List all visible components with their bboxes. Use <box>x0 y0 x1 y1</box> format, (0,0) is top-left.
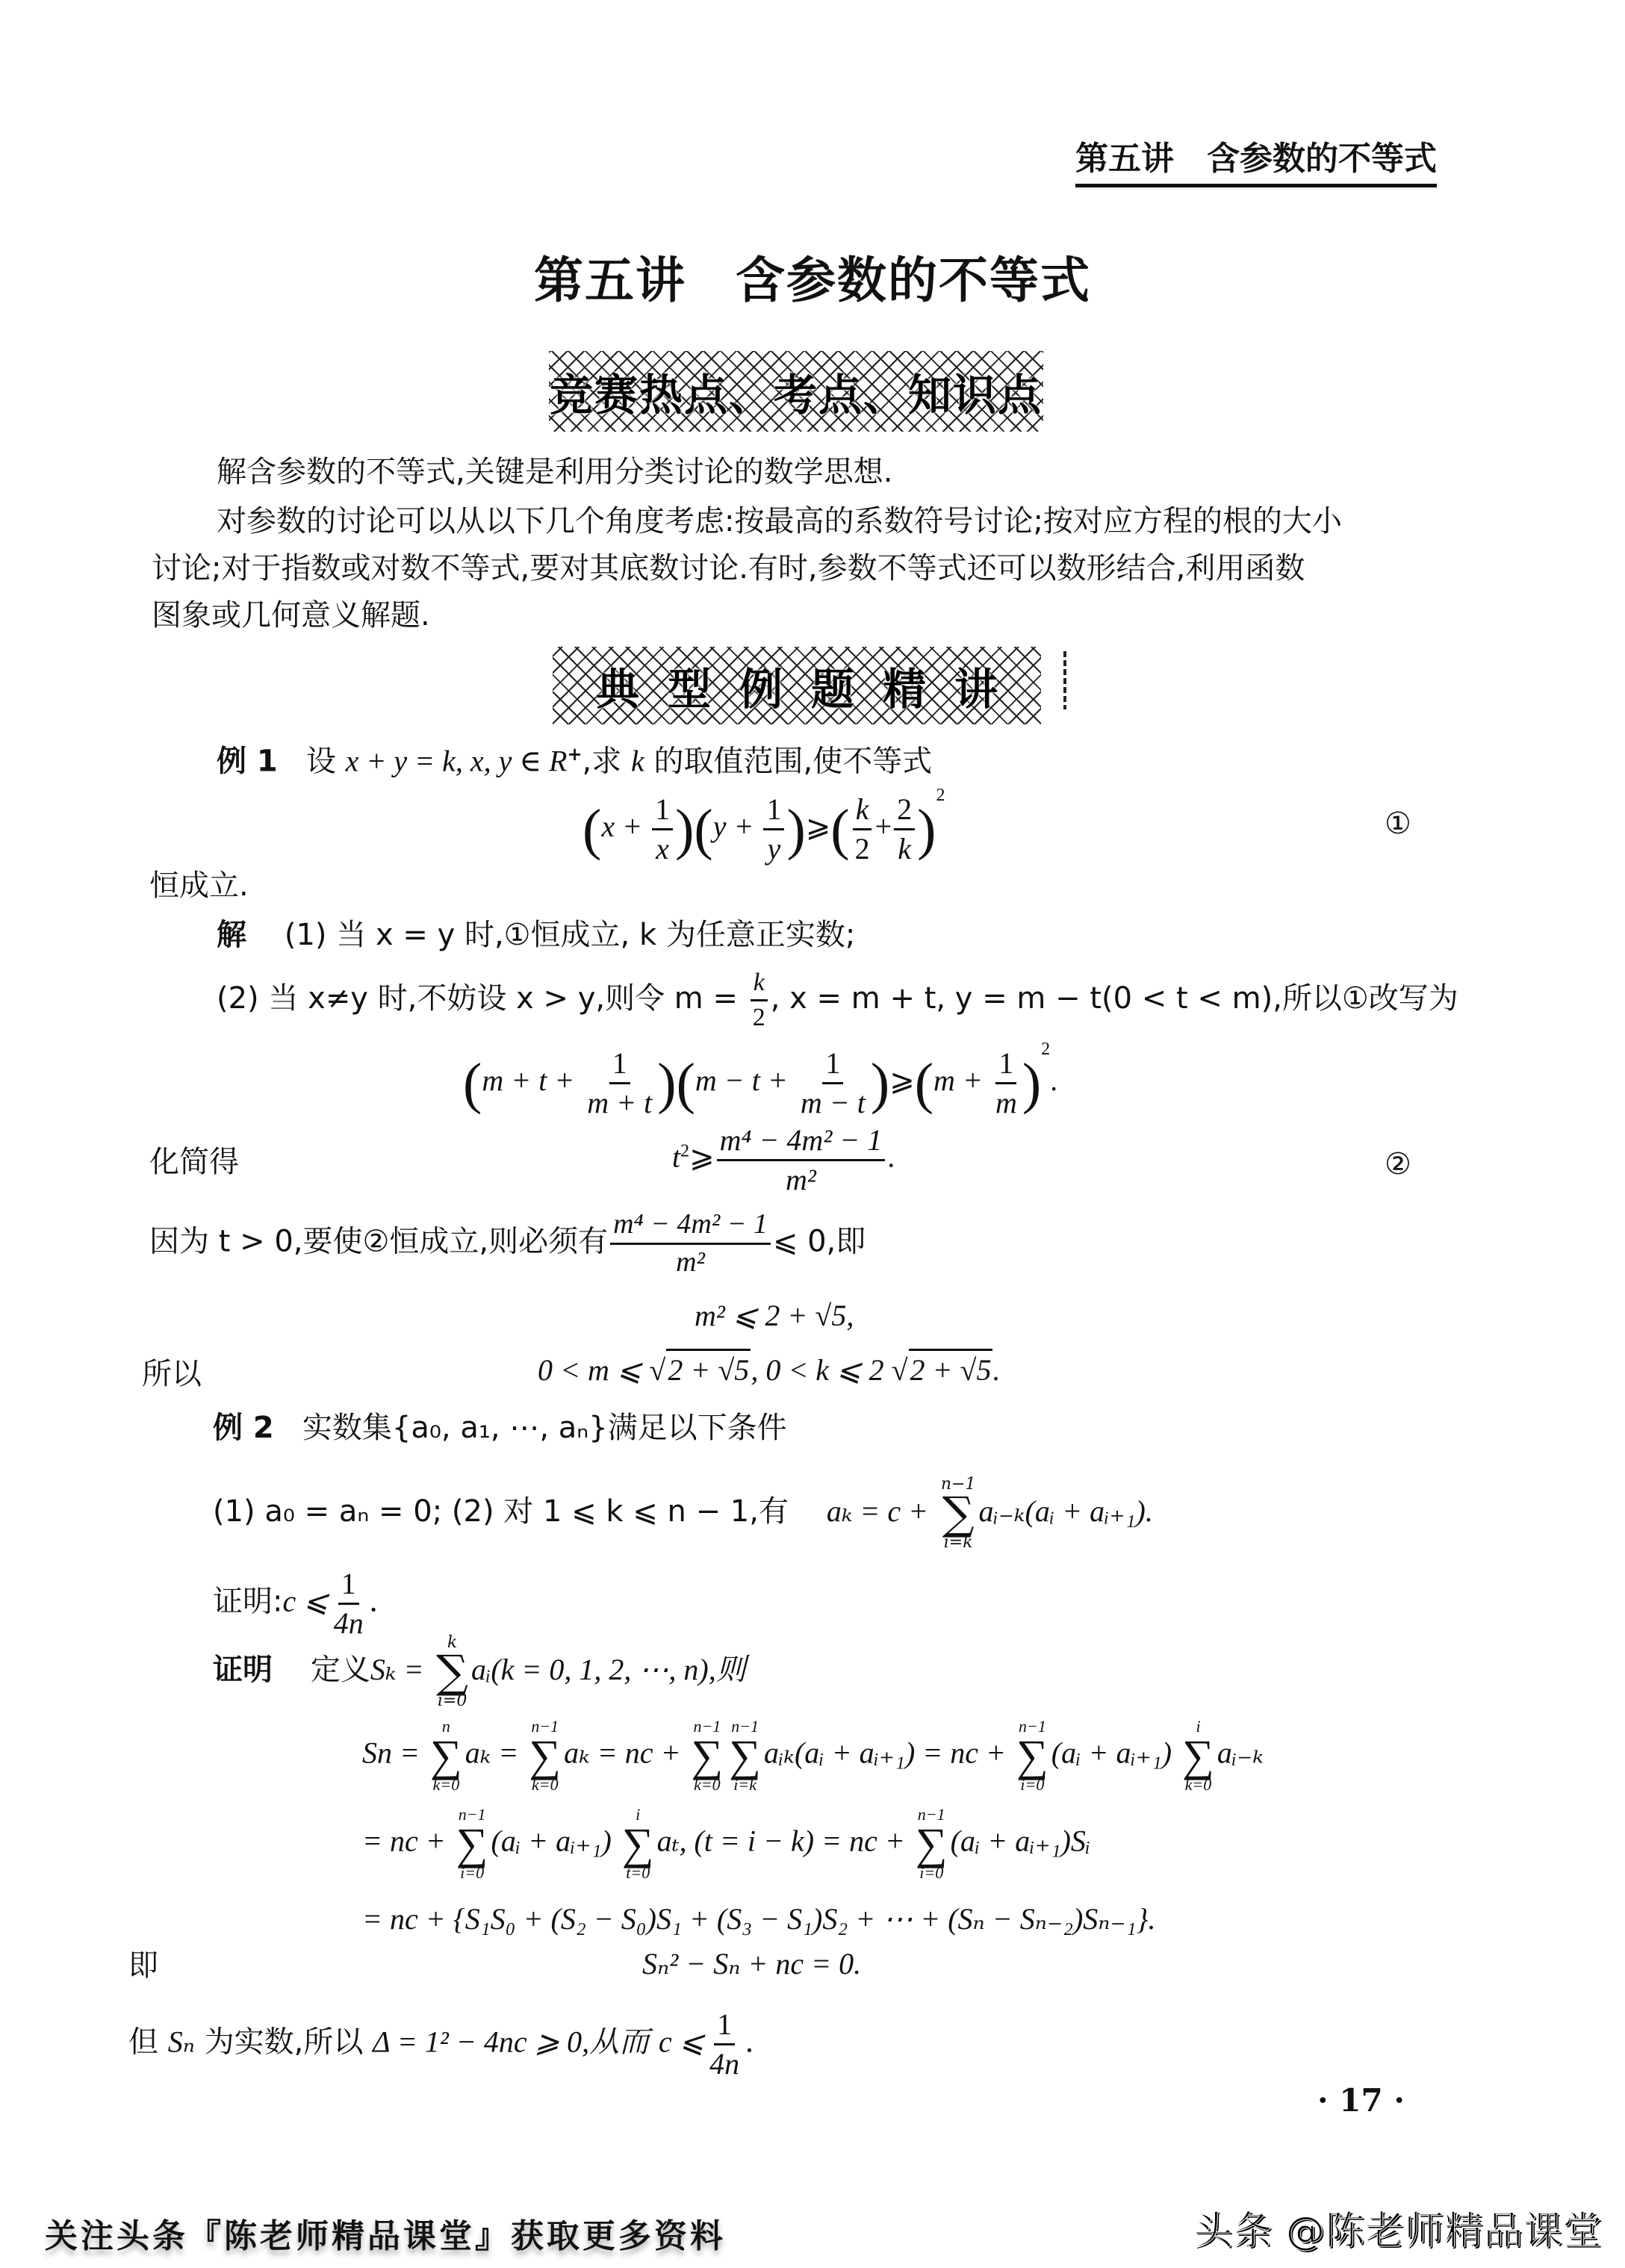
footer-promo: 关注头条『陈老师精品课堂』获取更多资料 <box>45 2209 726 2257</box>
running-header-title: 含参数的不等式 <box>1207 140 1437 178</box>
running-header-chapter: 第五讲 <box>1075 140 1174 178</box>
footer-watermark: 头条 @陈老师精品课堂 <box>1193 2199 1603 2255</box>
running-header: 第五讲含参数的不等式 <box>1075 131 1437 187</box>
proof-line-1: Sn = n∑k=0aₖ = n−1∑k=0aₖ = nc + n−1∑k=0n… <box>362 1718 1264 1794</box>
solution-label: 解 <box>217 918 246 952</box>
example-1-conclusion: 0 < m ⩽ √2 + √5, 0 < k ⩽ 2 √2 + √5. <box>538 1349 1000 1388</box>
simplify-label: 化简得 <box>149 1147 239 1177</box>
chapter-number: 第五讲 <box>534 252 686 309</box>
section-banner-label: 竞赛热点、考点、知识点 <box>550 360 1043 423</box>
so-label: 所以 <box>142 1359 202 1389</box>
example-2-statement: 例 2 实数集{a₀, a₁, ⋯, aₙ}满足以下条件 <box>213 1413 787 1443</box>
example-2-conditions: (1) a₀ = aₙ = 0; (2) 对 1 ⩽ k ⩽ n − 1,有 a… <box>213 1476 1153 1552</box>
solution-case-1: 解 (1) 当 x = y 时,①恒成立, k 为任意正实数; <box>217 920 855 950</box>
proof-line-3: = nc + {S₁S₀ + (S₂ − S₀)S₁ + (S₃ − S₁)S₂… <box>362 1901 1156 1936</box>
example-1-holds: 恒成立. <box>149 871 249 901</box>
intro-paragraph-2-line-3: 图象或几何意义解题. <box>152 600 430 630</box>
example-1-label: 例 1 <box>217 744 278 778</box>
quadratic-equation: Sₙ² − Sₙ + nc = 0. <box>642 1946 861 1981</box>
section-banner-knowledge-points: 竞赛热点、考点、知识点 <box>549 351 1043 432</box>
page-number: · 17 · <box>1317 2082 1405 2119</box>
simplified-inequality: t2⩾m⁴ − 4m² − 1m². <box>672 1125 895 1196</box>
proof-label: 证明 <box>213 1653 273 1687</box>
equation-tag-2: ② <box>1385 1147 1411 1181</box>
intro-paragraph-1: 解含参数的不等式,关键是利用分类讨论的数学思想. <box>217 457 892 487</box>
because-line: 因为 t > 0,要使②恒成立,则必须有m⁴ − 4m² − 1m²⩽ 0,即 <box>149 1210 866 1278</box>
ie-label: 即 <box>128 1951 158 1980</box>
solution-case-2: (2) 当 x≠y 时,不妨设 x > y,则令 m = k2, x = m +… <box>217 969 1458 1031</box>
chapter-title: 第五讲含参数的不等式 <box>0 240 1625 311</box>
final-conclusion: 但 Sₙ 为实数,所以 Δ = 1² − 4nc ⩾ 0,从而 c ⩽14n. <box>128 2009 754 2080</box>
equation-tag-1: ① <box>1385 807 1411 841</box>
rewritten-inequality: (m + t + 1m + t)(m − t + 1m − t)⩾(m + 1m… <box>463 1040 1057 1119</box>
margin-mark <box>1063 651 1066 709</box>
intro-paragraph-2-line-1: 对参数的讨论可以从以下几个角度考虑:按最高的系数符号讨论;按对应方程的根的大小 <box>217 506 1342 536</box>
proof-line-2: = nc + n−1∑i=0(aᵢ + aᵢ₊₁) i∑t=0aₜ, (t = … <box>362 1806 1090 1882</box>
m-squared-bound: m² ⩽ 2 + √5, <box>695 1298 854 1333</box>
chapter-name: 含参数的不等式 <box>736 252 1091 309</box>
section-banner-label: 典型例题精讲 <box>596 654 1026 717</box>
example-2-to-prove: 证明:c ⩽14n. <box>213 1568 378 1639</box>
proof-definition: 证明 定义Sₖ = k∑i=0aᵢ(k = 0, 1, 2, ⋯, n),则 <box>213 1634 746 1710</box>
example-2-label: 例 2 <box>213 1411 274 1445</box>
intro-paragraph-2-line-2: 讨论;对于指数或对数不等式,要对其底数讨论.有时,参数不等式还可以数形结合,利用… <box>152 553 1305 583</box>
example-1-statement: 例 1 设 x + y = k, x, y ∈ R+,求 k 的取值范围,使不等… <box>217 745 932 776</box>
section-banner-typical-examples: 典型例题精讲 <box>553 647 1041 724</box>
inequality-1: (x + 1x)(y + 1y)⩾(k2+2k)2 <box>582 786 945 865</box>
